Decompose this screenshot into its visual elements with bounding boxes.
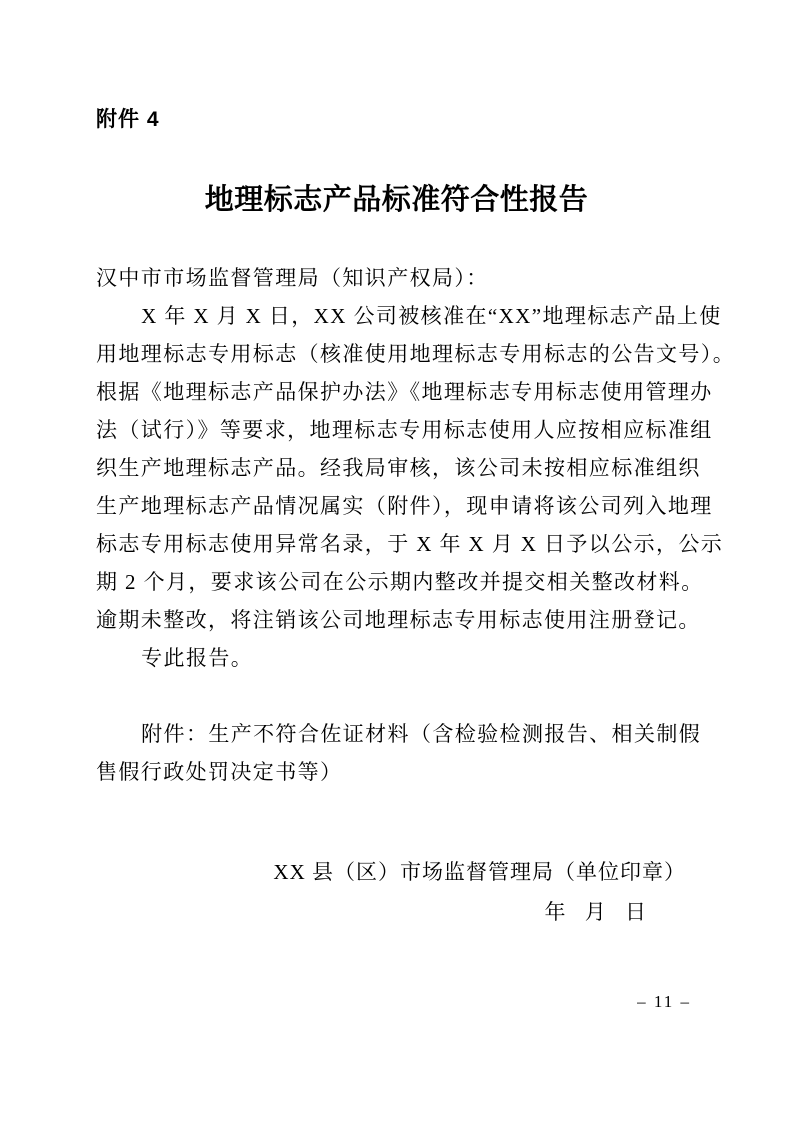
body-line: 汉中市市场监督管理局（知识产权局）：	[96, 259, 714, 297]
body-line: 附件：生产不符合佐证材料（含检验检测报告、相关制假	[96, 715, 714, 753]
body-line: 专此报告。	[96, 639, 714, 677]
document-body: 汉中市市场监督管理局（知识产权局）：X 年 X 月 X 日，XX 公司被核准在“…	[96, 259, 714, 791]
page-number: – 11 –	[637, 992, 691, 1012]
signature-organization: XX 县（区）市场监督管理局（单位印章）	[273, 856, 686, 886]
body-line: 织生产地理标志产品。经我局审核，该公司未按相应标准组织	[96, 449, 714, 487]
body-line: 用地理标志专用标志（核准使用地理标志专用标志的公告文号）。	[96, 335, 714, 373]
body-line: 法（试行）》等要求，地理标志专用标志使用人应按相应标准组	[96, 411, 714, 449]
body-line: X 年 X 月 X 日，XX 公司被核准在“XX”地理标志产品上使	[96, 297, 714, 335]
attachment-label: 附件 4	[96, 103, 160, 133]
body-line: 根据《地理标志产品保护办法》《地理标志专用标志使用管理办	[96, 373, 714, 411]
signature-date-line: 年 月 日	[545, 896, 648, 926]
body-line: 标志专用标志使用异常名录，于 X 年 X 月 X 日予以公示，公示	[96, 525, 714, 563]
body-line: 期 2 个月，要求该公司在公示期内整改并提交相关整改材料。	[96, 563, 714, 601]
page-title: 地理标志产品标准符合性报告	[0, 177, 793, 218]
body-line: 生产地理标志产品情况属实（附件），现申请将该公司列入地理	[96, 487, 714, 525]
body-line: 逾期未整改，将注销该公司地理标志专用标志使用注册登记。	[96, 601, 714, 639]
document-page: 附件 4 地理标志产品标准符合性报告 汉中市市场监督管理局（知识产权局）：X 年…	[0, 0, 793, 1122]
body-line: 售假行政处罚决定书等）	[96, 753, 714, 791]
